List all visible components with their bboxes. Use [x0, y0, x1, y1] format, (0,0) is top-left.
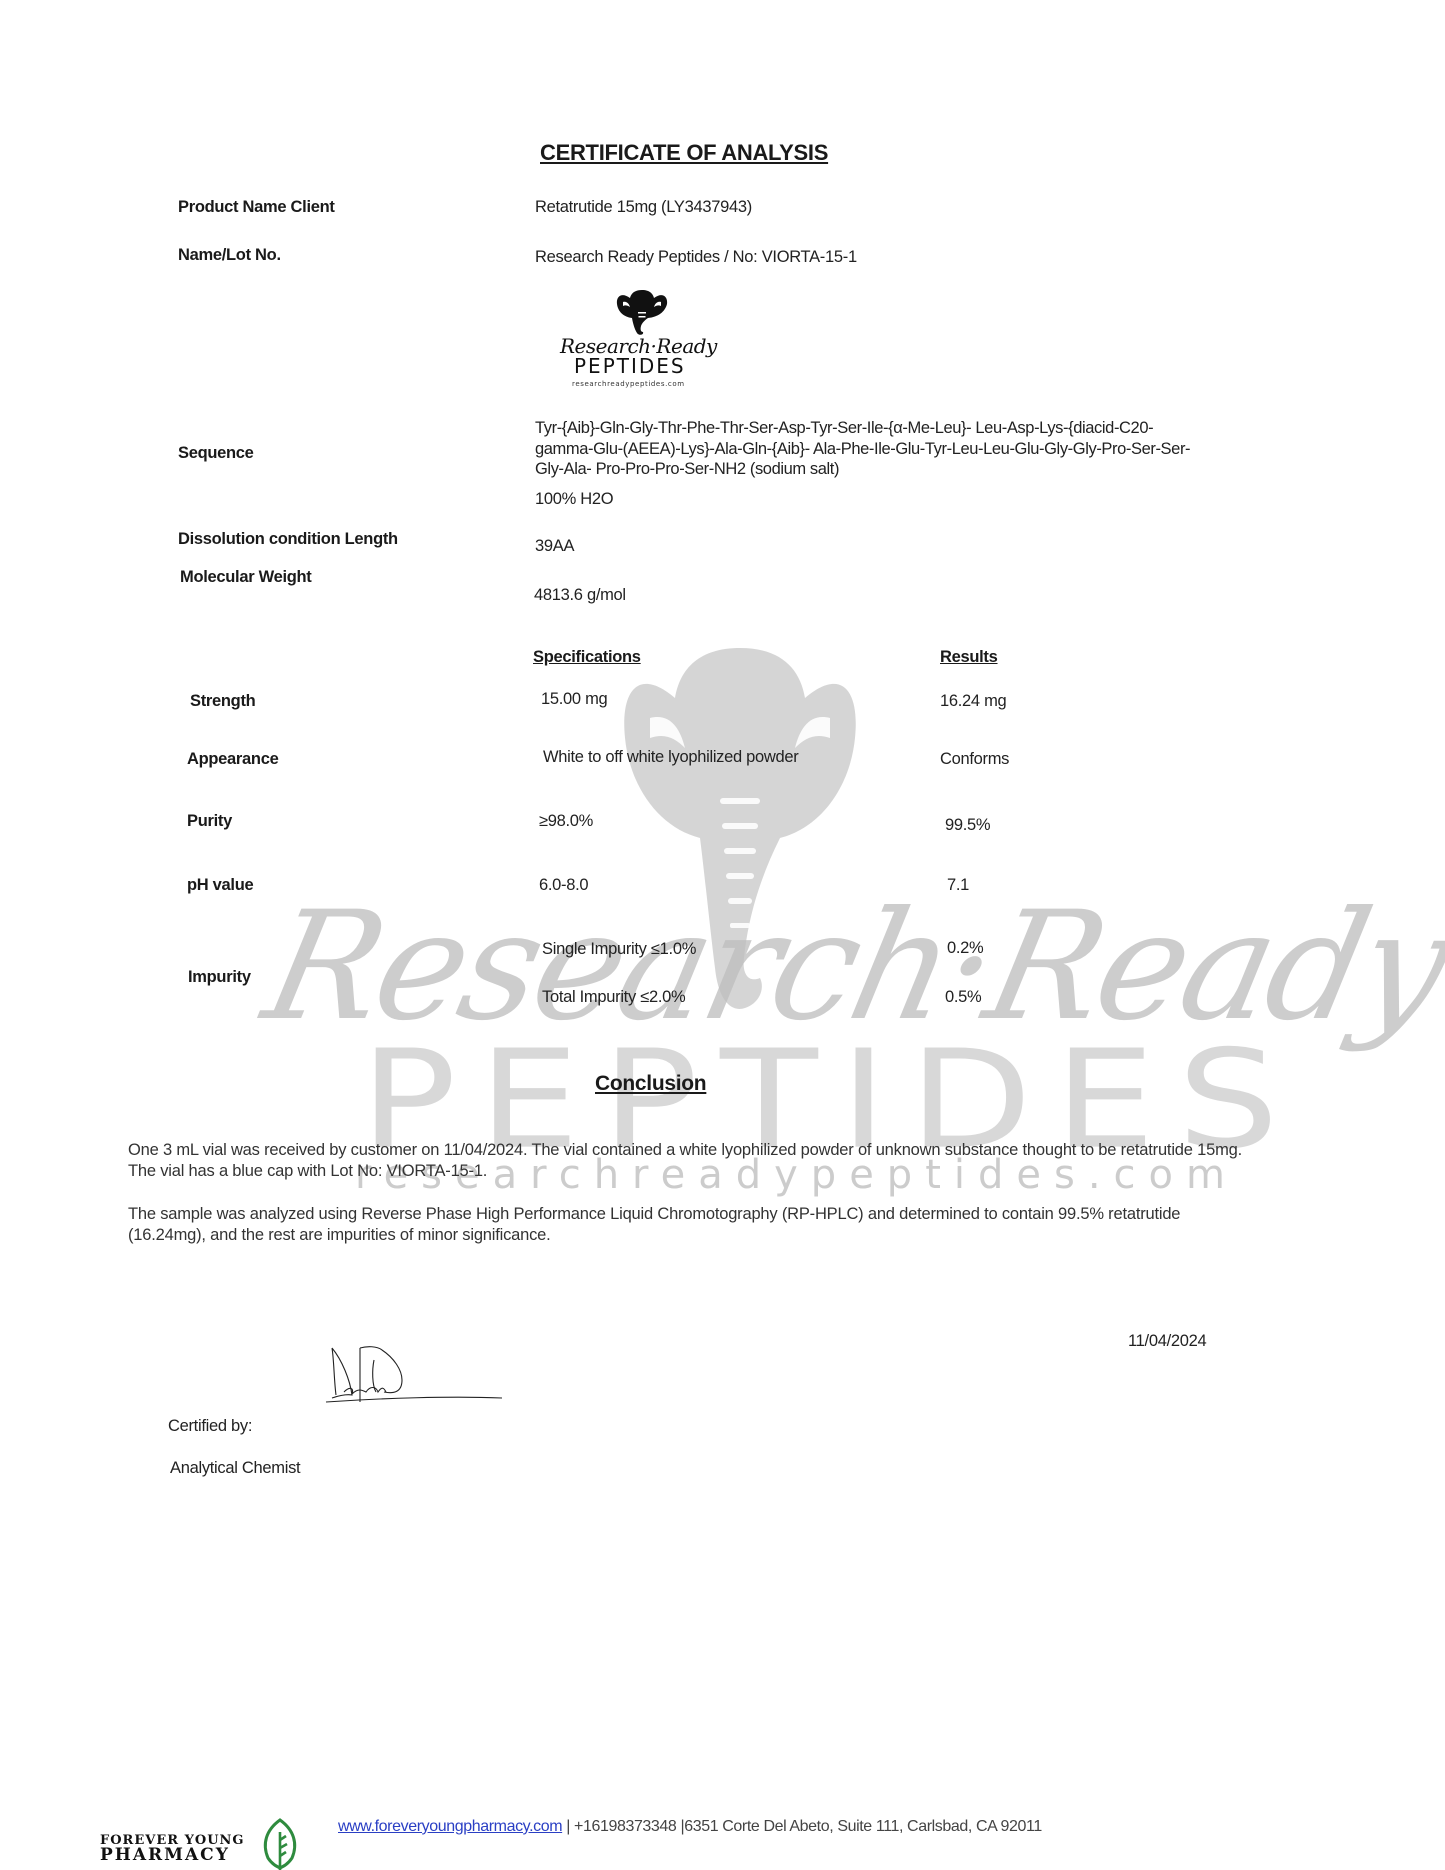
brand-logo: Research·Ready PEPTIDES researchreadypep… — [560, 288, 720, 393]
lot-value: Research Ready Peptides / No: VIORTA-15-… — [535, 248, 857, 267]
lot-label: Name/Lot No. — [178, 246, 281, 265]
logo-peptides-text: PEPTIDES — [574, 354, 686, 378]
specifications-header: Specifications — [533, 648, 641, 667]
conclusion-heading: Conclusion — [595, 1072, 706, 1096]
footer-brand-line2: PHARMACY — [100, 1848, 245, 1863]
product-name-label: Product Name Client — [178, 198, 335, 217]
row-result-2: 0.5% — [945, 988, 981, 1007]
row-label: Strength — [190, 692, 255, 711]
certified-by-label: Certified by: — [168, 1417, 252, 1436]
results-header: Results — [940, 648, 998, 667]
dissolution-value: 100% H2O — [535, 490, 613, 509]
row-result: 0.2% — [947, 939, 983, 958]
row-spec: 15.00 mg — [541, 690, 607, 709]
row-spec: White to off white lyophilized powder — [543, 748, 799, 767]
product-name-value: Retatrutide 15mg (LY3437943) — [535, 198, 752, 217]
elephant-icon — [614, 288, 670, 336]
row-label: Impurity — [188, 968, 251, 987]
sequence-value: Tyr-{Aib}-Gln-Gly-Thr-Phe-Thr-Ser-Asp-Ty… — [535, 418, 1205, 480]
row-spec-2: Total Impurity ≤2.0% — [542, 988, 685, 1007]
signer-role: Analytical Chemist — [170, 1459, 300, 1478]
footer-contact-line: www.foreveryoungpharmacy.com | +16198373… — [338, 1818, 1042, 1836]
row-result: 16.24 mg — [940, 692, 1006, 711]
row-result: 7.1 — [947, 876, 969, 895]
signature-image — [322, 1340, 512, 1408]
watermark-script-text: Research·Ready — [252, 880, 1445, 1054]
row-spec: ≥98.0% — [539, 812, 593, 831]
length-value: 39AA — [535, 537, 574, 556]
molecular-weight-value: 4813.6 g/mol — [534, 586, 626, 605]
row-label: Appearance — [187, 750, 278, 769]
row-label: Purity — [187, 812, 232, 831]
row-result: Conforms — [940, 750, 1009, 769]
row-result: 99.5% — [945, 816, 990, 835]
conclusion-paragraph-1: One 3 mL vial was received by customer o… — [128, 1140, 1258, 1182]
molecular-weight-label: Molecular Weight — [180, 568, 312, 587]
conclusion-paragraph-2: The sample was analyzed using Reverse Ph… — [128, 1204, 1258, 1246]
watermark-elephant-icon — [620, 628, 860, 1028]
certificate-date: 11/04/2024 — [1128, 1332, 1206, 1351]
page-title: CERTIFICATE OF ANALYSIS — [540, 140, 828, 166]
footer-brand-logo: FOREVER YOUNG PHARMACY — [100, 1833, 245, 1863]
leaf-icon — [258, 1818, 302, 1870]
footer-contact-text: | +16198373348 |6351 Corte Del Abeto, Su… — [562, 1818, 1042, 1835]
footer-website-link[interactable]: www.foreveryoungpharmacy.com — [338, 1818, 562, 1835]
row-spec: 6.0-8.0 — [539, 876, 588, 895]
row-label: pH value — [187, 876, 253, 895]
logo-url-text: researchreadypeptides.com — [572, 380, 685, 388]
dissolution-length-label: Dissolution condition Length — [178, 530, 398, 549]
row-spec: Single Impurity ≤1.0% — [542, 940, 696, 959]
sequence-label: Sequence — [178, 444, 254, 463]
